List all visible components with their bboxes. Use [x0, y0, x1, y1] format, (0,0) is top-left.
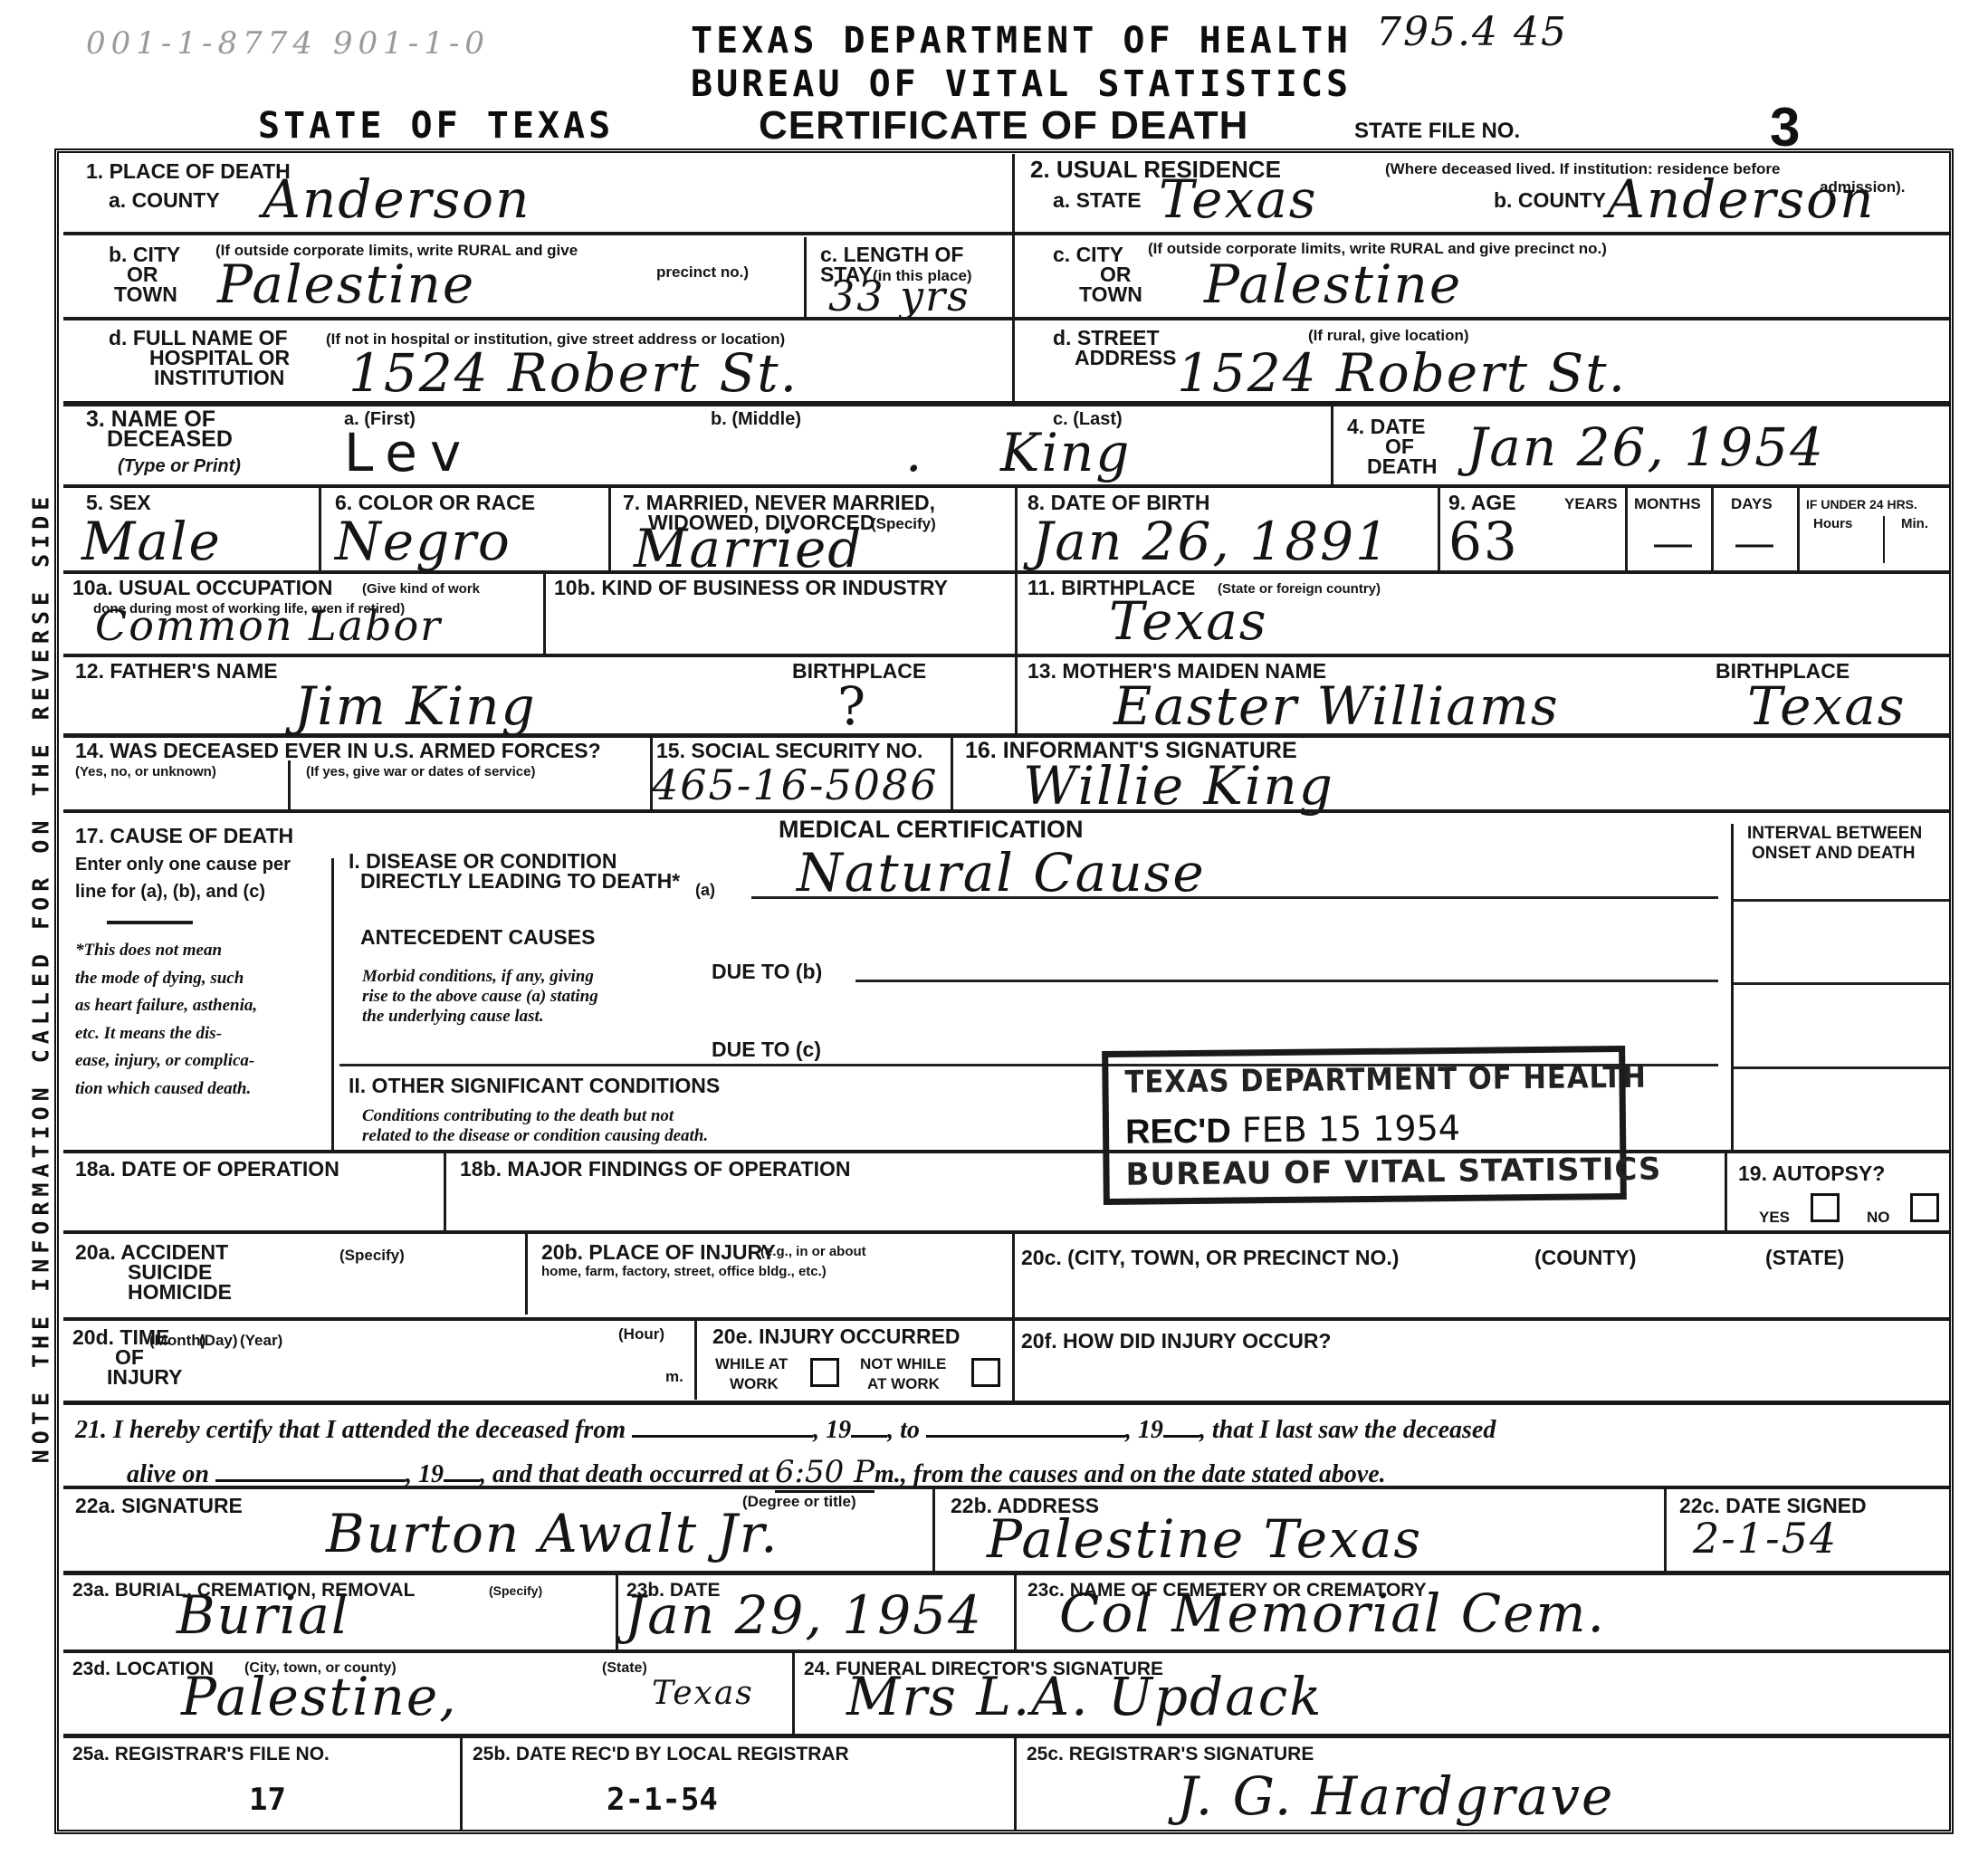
- note: home, farm, factory, street, office bldg…: [541, 1264, 827, 1280]
- field-length-of-stay[interactable]: 33 yrs: [828, 272, 970, 320]
- label: 25b. DATE REC'D BY LOCAL REGISTRAR: [473, 1744, 849, 1764]
- field-informant-signature[interactable]: Willie King: [1023, 755, 1334, 817]
- text: , to: [887, 1416, 920, 1444]
- label: (Hour): [618, 1326, 664, 1343]
- label: 20c. (CITY, TOWN, OR PRECINCT NO.): [1021, 1248, 1399, 1268]
- label: DUE TO (b): [712, 961, 822, 982]
- rule: [1734, 982, 1949, 985]
- header-dept: TEXAS DEPARTMENT OF HEALTH: [691, 20, 1352, 62]
- field-father-name[interactable]: Jim King: [294, 675, 537, 737]
- rule: [63, 484, 1949, 488]
- label: II. OTHER SIGNIFICANT CONDITIONS: [349, 1076, 720, 1096]
- attended-to-field[interactable]: [926, 1435, 1125, 1438]
- stamp-date: FEB 15 1954: [1242, 1108, 1461, 1151]
- received-stamp: TEXAS DEPARTMENT OF HEALTH REC'DFEB 15 1…: [1102, 1046, 1627, 1205]
- divider: [932, 1488, 935, 1572]
- field-physician-signature[interactable]: Burton Awalt Jr.: [326, 1503, 779, 1564]
- not-while-at-work-checkbox[interactable]: [971, 1358, 1000, 1387]
- field-social-security[interactable]: 465-16-5086: [652, 760, 939, 809]
- field-occupation[interactable]: Common Labor: [95, 601, 442, 650]
- text: alive on: [127, 1460, 209, 1488]
- label: a. COUNTY: [109, 190, 220, 211]
- note-line: related to the disease or condition caus…: [362, 1126, 708, 1146]
- footnote: *This does not mean the mode of dying, s…: [75, 937, 320, 1103]
- label: (Specify): [489, 1582, 542, 1599]
- footnote-line: the mode of dying, such: [75, 965, 320, 993]
- footnote-line: *This does not mean: [75, 937, 320, 965]
- divider: [1014, 1736, 1017, 1831]
- rule: [1015, 232, 1949, 235]
- rule: [751, 896, 1718, 899]
- field-funeral-director-signature[interactable]: Mrs L.A. Updack: [846, 1666, 1323, 1727]
- rule: [1734, 899, 1949, 902]
- label: 12. FATHER'S NAME: [75, 661, 278, 682]
- field-burial-state[interactable]: Texas: [652, 1675, 754, 1712]
- divider: [1012, 154, 1015, 406]
- label: (Specify): [339, 1248, 405, 1264]
- label: b. COUNTY: [1494, 190, 1606, 211]
- label: YES: [1759, 1210, 1790, 1226]
- divider: [1725, 1152, 1727, 1232]
- label: 10b. KIND OF BUSINESS OR INDUSTRY: [554, 578, 948, 598]
- label: INSTITUTION: [154, 368, 284, 388]
- header-bureau: BUREAU OF VITAL STATISTICS: [691, 63, 1352, 105]
- label: YEARS: [1564, 496, 1618, 512]
- label: (Specify): [871, 516, 936, 532]
- label: NOT WHILE: [860, 1356, 946, 1372]
- autopsy-no-checkbox[interactable]: [1910, 1193, 1939, 1222]
- divider: [460, 1736, 463, 1831]
- attended-from-field[interactable]: [632, 1435, 813, 1438]
- label: 14. WAS DECEASED EVER IN U.S. ARMED FORC…: [75, 741, 601, 761]
- label: DAYS: [1731, 496, 1773, 512]
- field-mother-birthplace[interactable]: Texas: [1747, 675, 1907, 737]
- label: DECEASED: [107, 429, 233, 450]
- label: m.: [665, 1369, 683, 1385]
- field-date-of-birth[interactable]: Jan 26, 1891: [1032, 511, 1391, 572]
- label: 25a. REGISTRAR'S FILE NO.: [72, 1744, 330, 1764]
- text: , 19: [813, 1416, 851, 1444]
- text: m., from the causes and on the date stat…: [875, 1460, 1386, 1488]
- note: precinct no.): [656, 264, 749, 281]
- footnote-line: tion which caused death.: [75, 1076, 320, 1104]
- medical-title: MEDICAL CERTIFICATION: [779, 819, 1084, 840]
- label: b. (Middle): [711, 411, 801, 427]
- note-line: the underlying cause last.: [362, 1007, 598, 1027]
- label: TOWN: [114, 284, 177, 305]
- field-sex[interactable]: Male: [81, 511, 222, 572]
- label: 10a. USUAL OCCUPATION: [72, 578, 333, 598]
- rule: [63, 1571, 1949, 1575]
- label: 19. AUTOPSY?: [1738, 1163, 1885, 1184]
- label: 20b. PLACE OF INJURY: [541, 1242, 776, 1263]
- footnote-line: etc. It means the dis-: [75, 1020, 320, 1048]
- stamp-recd-label: REC'D: [1125, 1113, 1231, 1152]
- divider: [543, 573, 546, 655]
- label: IF UNDER 24 HRS.: [1806, 496, 1917, 512]
- divider: [1015, 573, 1018, 655]
- header-state: STATE OF TEXAS: [258, 105, 614, 147]
- text: , and that death occurred at: [480, 1460, 769, 1488]
- label: (STATE): [1765, 1248, 1844, 1268]
- field-death-city[interactable]: Palestine: [217, 253, 475, 315]
- field-mother-name[interactable]: Easter Williams: [1113, 675, 1560, 737]
- autopsy-yes-checkbox[interactable]: [1811, 1193, 1840, 1222]
- footnote-line: ease, injury, or complica-: [75, 1047, 320, 1076]
- attended-to-year[interactable]: [1163, 1435, 1199, 1438]
- label: INJURY: [107, 1367, 183, 1388]
- divider: [1883, 516, 1885, 563]
- divider: [608, 487, 611, 572]
- field-age-days[interactable]: —: [1734, 518, 1777, 567]
- divider: [1438, 487, 1440, 572]
- label: ANTECEDENT CAUSES: [360, 927, 595, 948]
- morbid-note: Morbid conditions, if any, giving rise t…: [362, 967, 598, 1027]
- field-date-of-death[interactable]: Jan 26, 1954: [1467, 416, 1825, 478]
- attended-from-year[interactable]: [851, 1435, 887, 1438]
- field-residence-county[interactable]: Anderson: [1607, 168, 1875, 230]
- state-file-label: STATE FILE NO.: [1354, 120, 1520, 141]
- label: MONTHS: [1634, 496, 1701, 512]
- note: (e.g., in or about: [760, 1244, 866, 1260]
- field-cemetery[interactable]: Col Memorial Cem.: [1059, 1582, 1606, 1644]
- rule: [107, 921, 193, 924]
- rule: [63, 1401, 1949, 1405]
- field-birthplace[interactable]: Texas: [1109, 590, 1268, 652]
- rule: [63, 1230, 1949, 1234]
- divider: [1664, 1488, 1667, 1572]
- label: 22a. SIGNATURE: [75, 1496, 243, 1516]
- label: (a): [695, 880, 715, 901]
- text: , 19: [406, 1460, 444, 1488]
- note-line: Morbid conditions, if any, giving: [362, 967, 598, 987]
- field-burial-method[interactable]: Burial: [177, 1584, 349, 1646]
- label: TOWN: [1079, 284, 1142, 305]
- field-registrar-date[interactable]: 2-1-54: [607, 1782, 718, 1818]
- label: 1. PLACE OF DEATH: [86, 161, 291, 182]
- field-residence-state[interactable]: Texas: [1159, 168, 1318, 230]
- note: line for (a), (b), and (c): [75, 882, 265, 903]
- label: ADDRESS: [1075, 348, 1176, 368]
- rule: [63, 570, 1949, 574]
- rule: [63, 654, 1949, 657]
- divider: [288, 760, 291, 810]
- divider: [1014, 1575, 1017, 1651]
- footnote-line: as heart failure, asthenia,: [75, 992, 320, 1020]
- stamp-received: REC'DFEB 15 1954: [1125, 1108, 1460, 1152]
- divider: [792, 1653, 795, 1735]
- label: Hours: [1813, 516, 1852, 532]
- field-date-signed[interactable]: 2-1-54: [1693, 1514, 1838, 1563]
- field-age-years[interactable]: 63: [1448, 511, 1519, 572]
- note: (State): [602, 1660, 647, 1677]
- divider: [1731, 824, 1734, 1152]
- field-cause-a[interactable]: Natural Cause: [797, 842, 1206, 904]
- rule: [63, 1317, 1949, 1321]
- rule: [1015, 317, 1949, 320]
- note-line: Conditions contributing to the death but…: [362, 1106, 708, 1126]
- note: Enter only one cause per: [75, 855, 291, 875]
- last-seen-year[interactable]: [444, 1479, 480, 1482]
- label: ONSET AND DEATH: [1752, 846, 1916, 862]
- divider: [1711, 487, 1714, 572]
- divider: [1797, 487, 1800, 572]
- label: 18b. MAJOR FINDINGS OF OPERATION: [460, 1159, 851, 1180]
- pencil-annotation-left: 001-1-8774 901-1-0: [86, 25, 490, 62]
- label: (COUNTY): [1534, 1248, 1636, 1268]
- divider: [319, 487, 321, 572]
- label: NO: [1867, 1210, 1890, 1226]
- field-age-months[interactable]: —: [1652, 518, 1696, 567]
- label: DUE TO (c): [712, 1039, 821, 1060]
- rule: [63, 401, 1949, 406]
- divider: [1015, 656, 1018, 736]
- rule: [63, 232, 1012, 235]
- field-death-county[interactable]: Anderson: [263, 168, 530, 230]
- text: 21. I hereby certify that I attended the…: [75, 1416, 626, 1444]
- label: WORK: [730, 1376, 779, 1392]
- other-note: Conditions contributing to the death but…: [362, 1106, 708, 1146]
- label: DIRECTLY LEADING TO DEATH*: [360, 871, 680, 892]
- field-burial-date[interactable]: Jan 29, 1954: [625, 1584, 983, 1646]
- field-residence-city[interactable]: Palestine: [1204, 253, 1462, 315]
- label: 15. SOCIAL SECURITY NO.: [656, 741, 922, 761]
- rule: [63, 1649, 1949, 1653]
- field-registrar-file-no[interactable]: 17: [249, 1782, 286, 1818]
- last-seen-field[interactable]: [215, 1479, 406, 1482]
- label: AT WORK: [867, 1376, 940, 1392]
- divider: [1625, 487, 1628, 572]
- note: (Give kind of work: [362, 581, 480, 598]
- field-father-birthplace[interactable]: ?: [837, 675, 867, 737]
- label: INTERVAL BETWEEN: [1747, 826, 1922, 842]
- label: 20e. INJURY OCCURRED: [712, 1326, 961, 1347]
- divider: [694, 1320, 697, 1400]
- label: DEATH: [1367, 456, 1438, 477]
- field-registrar-signature[interactable]: J. G. Hardgrave: [1177, 1765, 1614, 1827]
- rule: [1734, 1066, 1949, 1069]
- while-at-work-checkbox[interactable]: [810, 1358, 839, 1387]
- note: (Yes, no, or unknown): [75, 764, 216, 780]
- divider: [444, 1152, 446, 1232]
- field-race[interactable]: Negro: [335, 511, 511, 572]
- label: 17. CAUSE OF DEATH: [75, 826, 293, 846]
- label: (Year): [240, 1333, 282, 1349]
- field-hospital[interactable]: 1524 Robert St.: [349, 342, 798, 404]
- pencil-annotation-right: 795.4 45: [1376, 9, 1568, 55]
- rule: [63, 317, 1012, 320]
- rule: [63, 809, 1949, 813]
- label: 25c. REGISTRAR'S SIGNATURE: [1027, 1744, 1314, 1764]
- divider: [616, 1575, 618, 1651]
- divider: [1015, 487, 1018, 572]
- rule: [855, 980, 1718, 982]
- divider: [525, 1233, 528, 1315]
- note-line: rise to the above cause (a) stating: [362, 987, 598, 1007]
- field-burial-location[interactable]: Palestine,: [181, 1666, 458, 1727]
- text: , 19: [1125, 1416, 1163, 1444]
- stamp-line: TEXAS DEPARTMENT OF HEALTH: [1124, 1059, 1647, 1101]
- side-note: NOTE THE INFORMATION CALLED FOR ON THE R…: [28, 412, 54, 1544]
- certificate-title: CERTIFICATE OF DEATH: [759, 103, 1248, 148]
- field-physician-address[interactable]: Palestine Texas: [987, 1508, 1422, 1570]
- rule: [63, 1734, 1949, 1738]
- stamp-line: BUREAU OF VITAL STATISTICS: [1125, 1152, 1661, 1193]
- label: (Type or Print): [118, 456, 241, 477]
- rule: [63, 1150, 1949, 1153]
- label: 20f. HOW DID INJURY OCCUR?: [1021, 1331, 1331, 1352]
- field-middle-name[interactable]: .: [905, 422, 923, 483]
- label: (Month): [149, 1333, 205, 1349]
- divider: [1331, 406, 1333, 484]
- field-residence-street[interactable]: 1524 Robert St.: [1177, 342, 1627, 404]
- divider: [331, 858, 334, 1150]
- text: , that I last saw the deceased: [1199, 1416, 1496, 1444]
- label: 18a. DATE OF OPERATION: [75, 1159, 339, 1180]
- label: a. STATE: [1053, 190, 1142, 211]
- field-last-name[interactable]: King: [1000, 422, 1131, 483]
- label: HOMICIDE: [128, 1282, 232, 1303]
- divider: [951, 738, 953, 810]
- label: WHILE AT: [715, 1356, 788, 1372]
- field-first-name[interactable]: Lev: [344, 422, 473, 483]
- note: (If yes, give war or dates of service): [306, 764, 535, 780]
- divider: [804, 237, 807, 319]
- label: Min.: [1901, 516, 1928, 532]
- label: (Day): [199, 1333, 238, 1349]
- certify-line-1: 21. I hereby certify that I attended the…: [75, 1416, 1496, 1445]
